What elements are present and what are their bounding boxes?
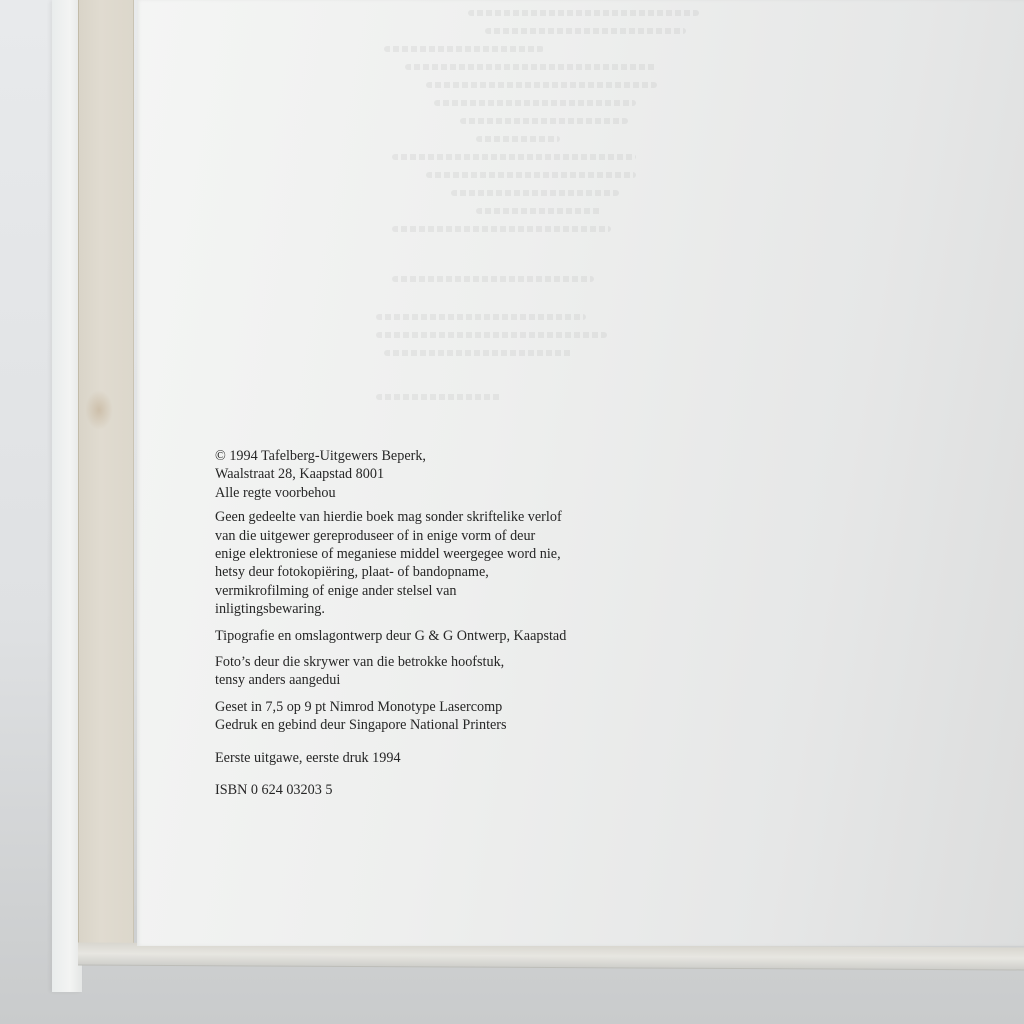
photo-credit-line: tensy anders aangedui [215,671,655,689]
copyright-line: © 1994 Tafelberg-Uitgewers Beperk, [215,447,655,465]
rights-notice-line: Geen gedeelte van hierdie boek mag sonde… [215,508,655,526]
typesetting-info: Geset in 7,5 op 9 pt Nimrod Monotype Las… [215,698,655,716]
edition-block: Eerste uitgawe, eerste druk 1994 [215,749,655,767]
photo-credit-block: Foto’s deur die skrywer van die betrokke… [215,653,655,690]
rights-notice: Geen gedeelte van hierdie boek mag sonde… [215,508,655,618]
print-info-block: Geset in 7,5 op 9 pt Nimrod Monotype Las… [215,698,655,735]
rights-reserved: Alle regte voorbehou [215,484,655,502]
book-bottom-edge [78,943,1024,971]
rights-notice-line: enige elektroniese of meganiese middel w… [215,545,655,563]
printer-info: Gedruk en gebind deur Singapore National… [215,716,655,734]
publisher-address: Waalstraat 28, Kaapstad 8001 [215,465,655,483]
design-credit: Tipografie en omslagontwerp deur G & G O… [215,627,655,645]
photo-credit-line: Foto’s deur die skrywer van die betrokke… [215,653,655,671]
rights-notice-line: vermikrofilming of enige ander stelsel v… [215,582,655,600]
book-gutter-strip [78,0,134,950]
rights-notice-line: hetsy deur fotokopiëring, plaat- of band… [215,563,655,581]
copyright-block: © 1994 Tafelberg-Uitgewers Beperk, Waals… [215,447,655,502]
colophon: © 1994 Tafelberg-Uitgewers Beperk, Waals… [215,447,655,806]
isbn-block: ISBN 0 624 03203 5 [215,781,655,799]
design-credit-block: Tipografie en omslagontwerp deur G & G O… [215,627,655,645]
rights-notice-line: inligtingsbewaring. [215,600,655,618]
edition: Eerste uitgawe, eerste druk 1994 [215,749,655,767]
isbn: ISBN 0 624 03203 5 [215,781,655,799]
rights-notice-line: van die uitgewer gereproduseer of in eni… [215,527,655,545]
